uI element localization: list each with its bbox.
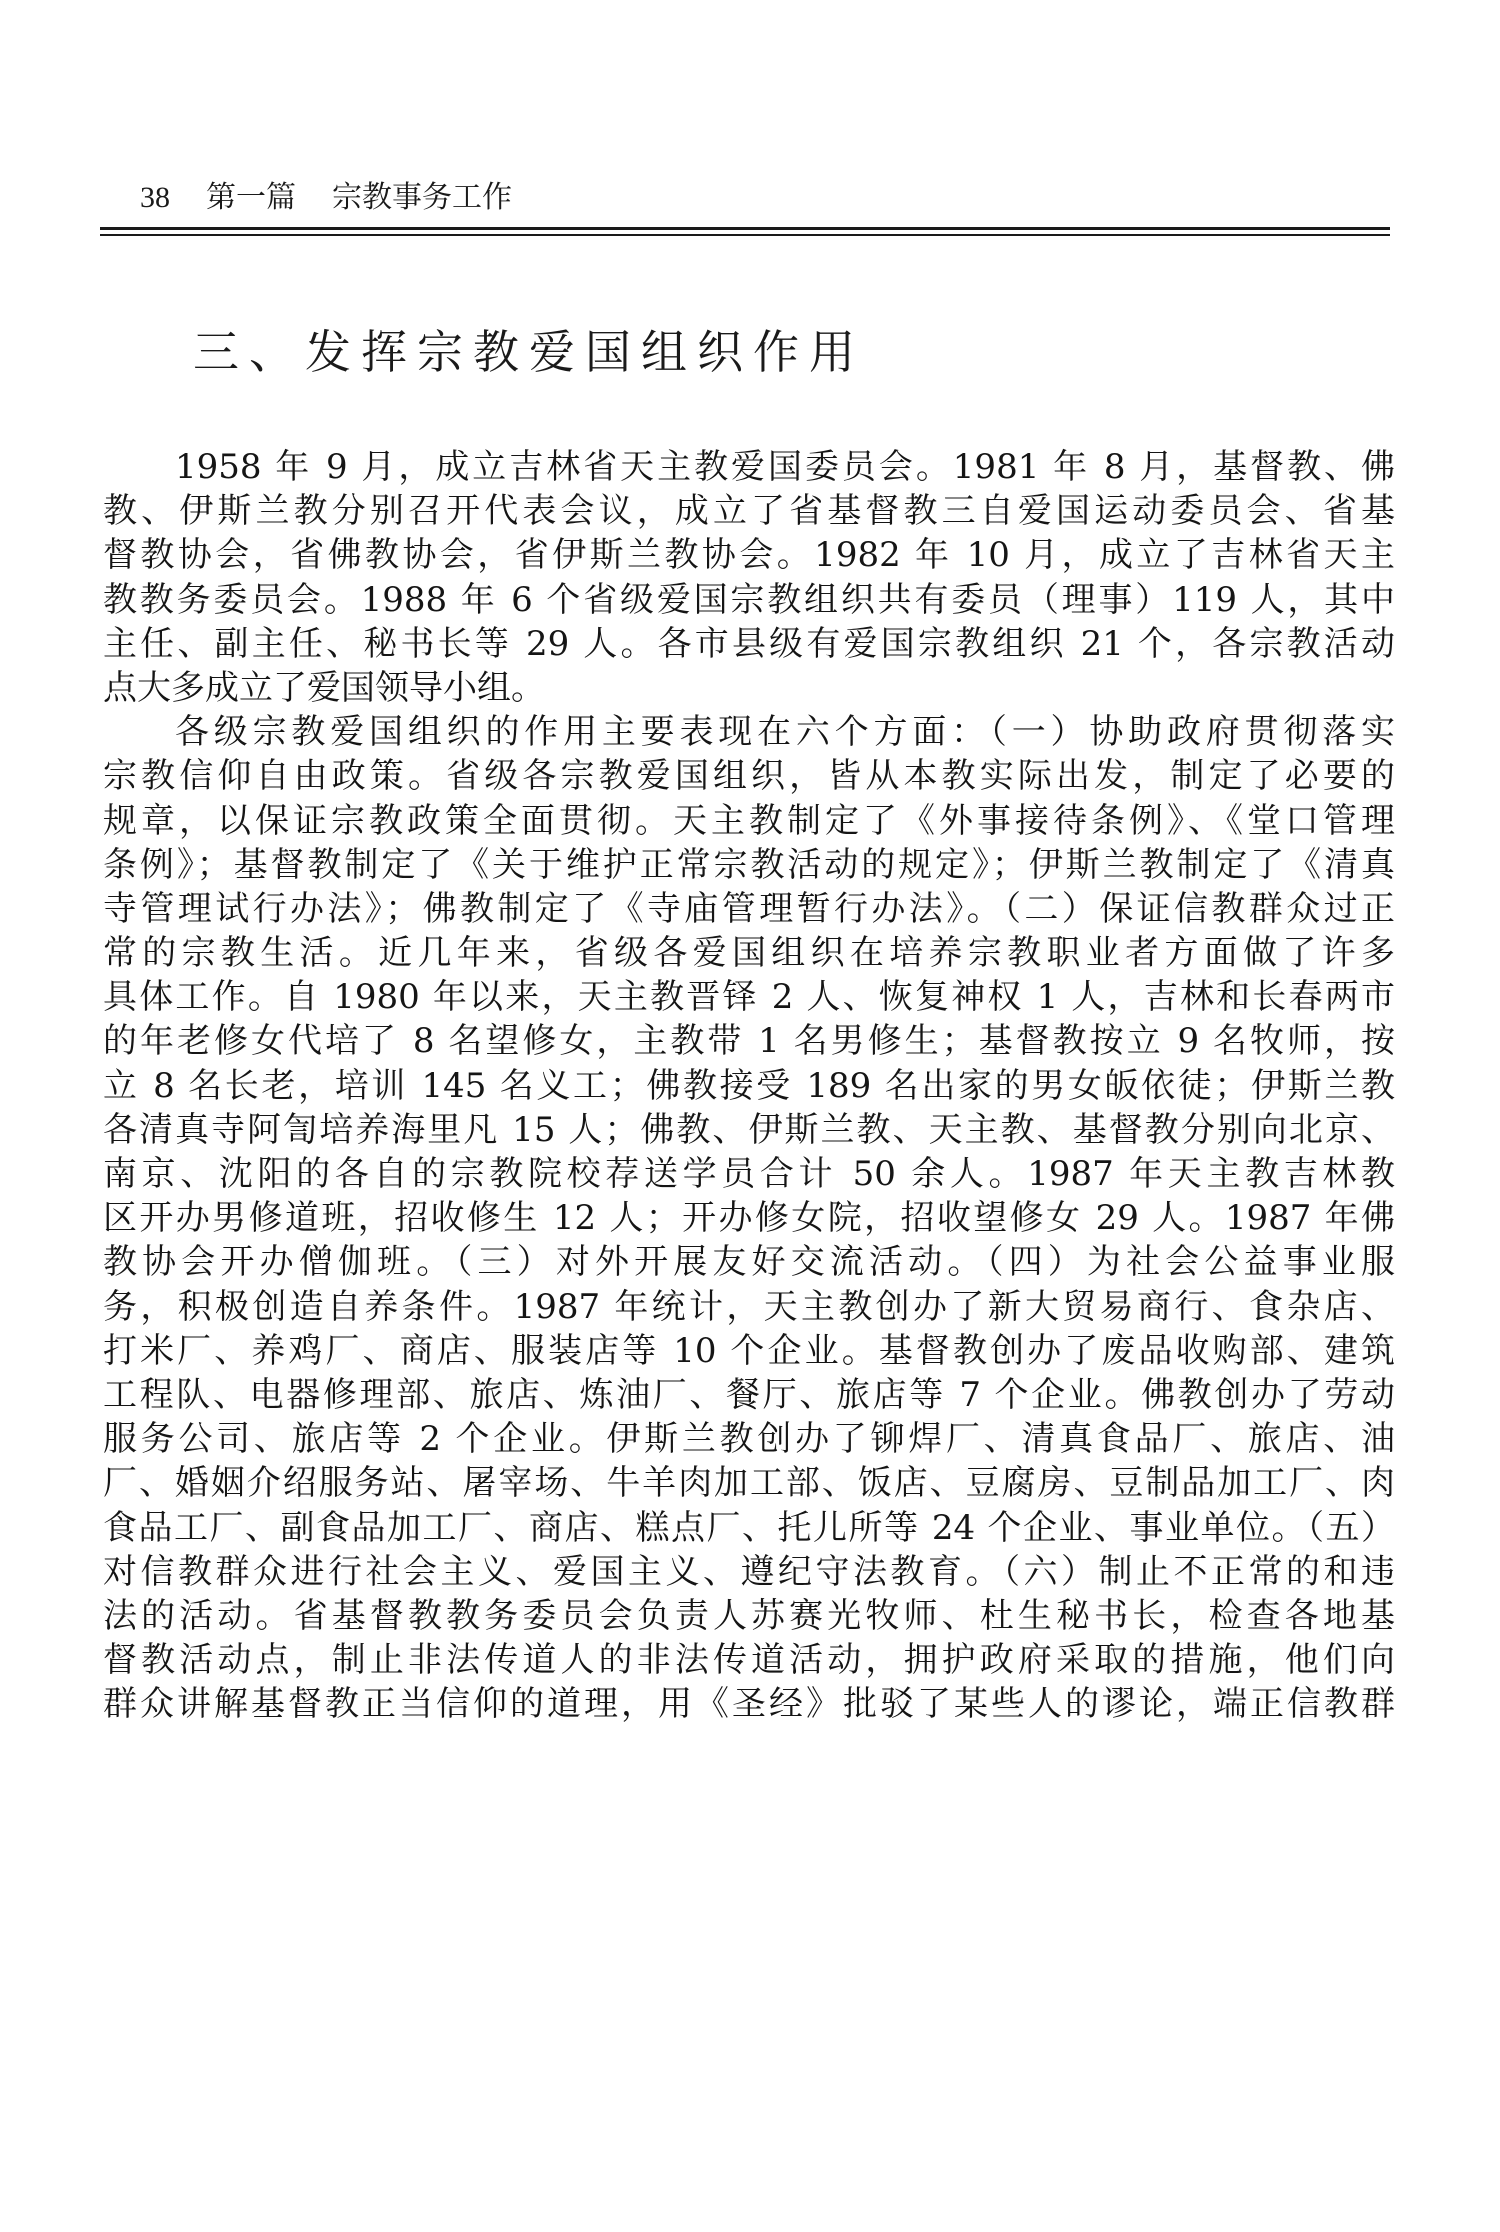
text-line: 法的活动。省基督教教务委员会负责人苏赛光牧师、杜生秘书长，检查各地基 <box>103 1594 1395 1638</box>
text-line: 南京、沈阳的各自的宗教院校荐送学员合计 50 余人。1987 年天主教吉林教 <box>103 1152 1395 1196</box>
running-header: 38第一篇宗教事务工作 <box>140 178 512 218</box>
part-title: 宗教事务工作 <box>332 181 512 214</box>
text-line: 督教协会，省佛教协会，省伊斯兰教协会。1982 年 10 月，成立了吉林省天主 <box>103 533 1395 577</box>
text-line: 各清真寺阿訇培养海里凡 15 人；佛教、伊斯兰教、天主教、基督教分别向北京、 <box>103 1108 1395 1152</box>
page-number: 38 <box>140 178 170 218</box>
text-line: 的年老修女代培了 8 名望修女，主教带 1 名男修生；基督教按立 9 名牧师，按 <box>103 1019 1395 1063</box>
text-line: 点大多成立了爱国领导小组。 <box>103 666 1395 710</box>
section-heading: 三、发挥宗教爱国组织作用 <box>193 322 865 382</box>
text-line: 对信教群众进行社会主义、爱国主义、遵纪守法教育。（六）制止不正常的和违 <box>103 1550 1395 1594</box>
text-line: 常的宗教生活。近几年来，省级各爱国组织在培养宗教职业者方面做了许多 <box>103 931 1395 975</box>
text-line: 厂、婚姻介绍服务站、屠宰场、牛羊肉加工部、饭店、豆腐房、豆制品加工厂、肉 <box>103 1461 1395 1505</box>
paragraph-1: 1958 年 9 月，成立吉林省天主教爱国委员会。1981 年 8 月，基督教、… <box>103 445 1395 710</box>
text-line: 条例》；基督教制定了《关于维护正常宗教活动的规定》；伊斯兰教制定了《清真 <box>103 843 1395 887</box>
text-line: 立 8 名长老，培训 145 名义工；佛教接受 189 名出家的男女皈依徒；伊斯… <box>103 1064 1395 1108</box>
text-line: 群众讲解基督教正当信仰的道理，用《圣经》批驳了某些人的谬论，端正信教群 <box>103 1682 1395 1726</box>
text-line: 寺管理试行办法》；佛教制定了《寺庙管理暂行办法》。（二）保证信教群众过正 <box>103 887 1395 931</box>
text-line: 宗教信仰自由政策。省级各宗教爱国组织，皆从本教实际出发，制定了必要的 <box>103 754 1395 798</box>
text-line: 1958 年 9 月，成立吉林省天主教爱国委员会。1981 年 8 月，基督教、… <box>103 445 1395 489</box>
body-text: 1958 年 9 月，成立吉林省天主教爱国委员会。1981 年 8 月，基督教、… <box>103 445 1395 1726</box>
text-line: 教协会开办僧伽班。（三）对外开展友好交流活动。（四）为社会公益事业服 <box>103 1240 1395 1284</box>
text-line: 工程队、电器修理部、旅店、炼油厂、餐厅、旅店等 7 个企业。佛教创办了劳动 <box>103 1373 1395 1417</box>
text-line: 具体工作。自 1980 年以来，天主教晋铎 2 人、恢复神权 1 人，吉林和长春… <box>103 975 1395 1019</box>
text-line: 服务公司、旅店等 2 个企业。伊斯兰教创办了铆焊厂、清真食品厂、旅店、油 <box>103 1417 1395 1461</box>
header-double-rule <box>100 227 1390 236</box>
text-line: 区开办男修道班，招收修生 12 人；开办修女院，招收望修女 29 人。1987 … <box>103 1196 1395 1240</box>
text-line: 规章，以保证宗教政策全面贯彻。天主教制定了《外事接待条例》、《堂口管理 <box>103 799 1395 843</box>
text-line: 督教活动点，制止非法传道人的非法传道活动，拥护政府采取的措施，他们向 <box>103 1638 1395 1682</box>
text-line: 务，积极创造自养条件。1987 年统计，天主教创办了新大贸易商行、食杂店、 <box>103 1285 1395 1329</box>
text-line: 教教务委员会。1988 年 6 个省级爱国宗教组织共有委员（理事）119 人，其… <box>103 578 1395 622</box>
text-line: 各级宗教爱国组织的作用主要表现在六个方面：（一）协助政府贯彻落实 <box>103 710 1395 754</box>
text-line: 打米厂、养鸡厂、商店、服装店等 10 个企业。基督教创办了废品收购部、建筑 <box>103 1329 1395 1373</box>
part-label: 第一篇 <box>206 178 296 218</box>
text-line: 教、伊斯兰教分别召开代表会议，成立了省基督教三自爱国运动委员会、省基 <box>103 489 1395 533</box>
paragraph-2: 各级宗教爱国组织的作用主要表现在六个方面：（一）协助政府贯彻落实 宗教信仰自由政… <box>103 710 1395 1726</box>
text-line: 主任、副主任、秘书长等 29 人。各市县级有爱国宗教组织 21 个，各宗教活动 <box>103 622 1395 666</box>
text-line: 食品工厂、副食品加工厂、商店、糕点厂、托儿所等 24 个企业、事业单位。（五） <box>103 1506 1395 1550</box>
